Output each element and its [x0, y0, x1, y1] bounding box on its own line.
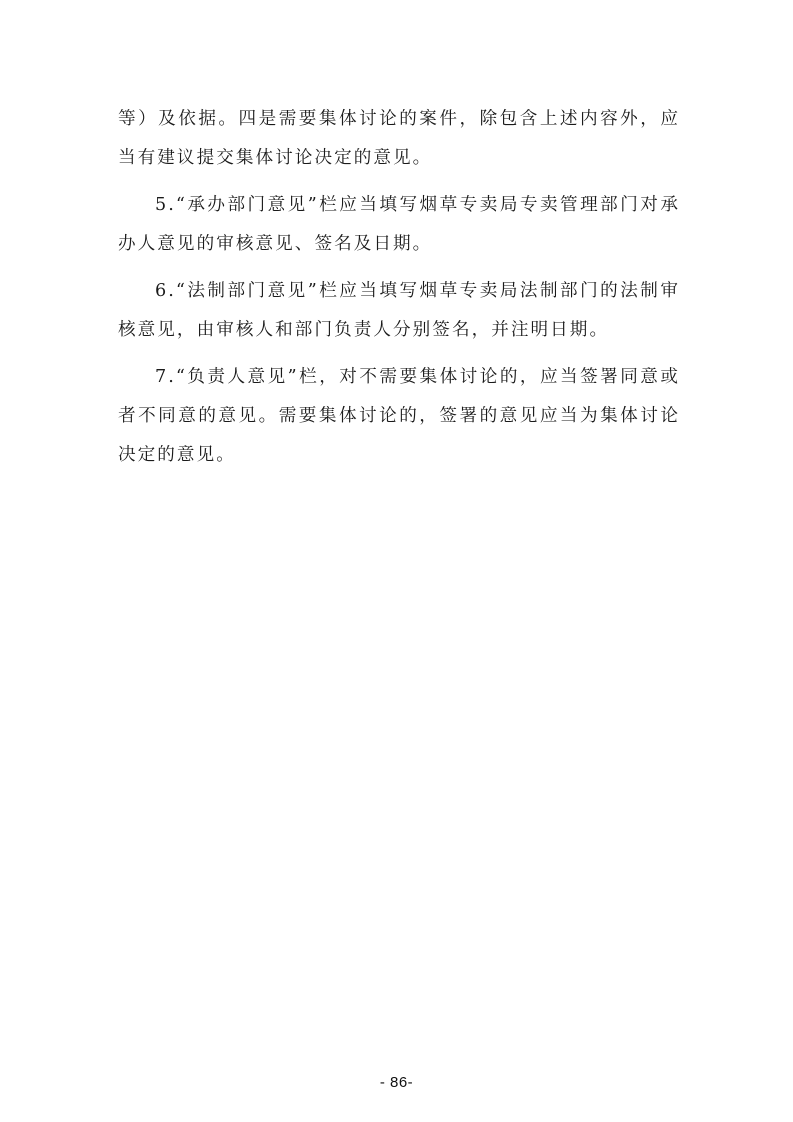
- paragraph-item-6: 6.“法制部门意见”栏应当填写烟草专卖局法制部门的法制审核意见，由审核人和部门负…: [118, 272, 680, 350]
- document-page: 等）及依据。四是需要集体讨论的案件，除包含上述内容外，应当有建议提交集体讨论决定…: [0, 0, 793, 1122]
- page-number: - 86-: [0, 1074, 793, 1091]
- paragraph-continuation: 等）及依据。四是需要集体讨论的案件，除包含上述内容外，应当有建议提交集体讨论决定…: [118, 100, 680, 178]
- paragraph-item-7: 7.“负责人意见”栏，对不需要集体讨论的，应当签署同意或者不同意的意见。需要集体…: [118, 358, 680, 475]
- paragraph-item-5: 5.“承办部门意见”栏应当填写烟草专卖局专卖管理部门对承办人意见的审核意见、签名…: [118, 186, 680, 264]
- document-body: 等）及依据。四是需要集体讨论的案件，除包含上述内容外，应当有建议提交集体讨论决定…: [118, 100, 680, 483]
